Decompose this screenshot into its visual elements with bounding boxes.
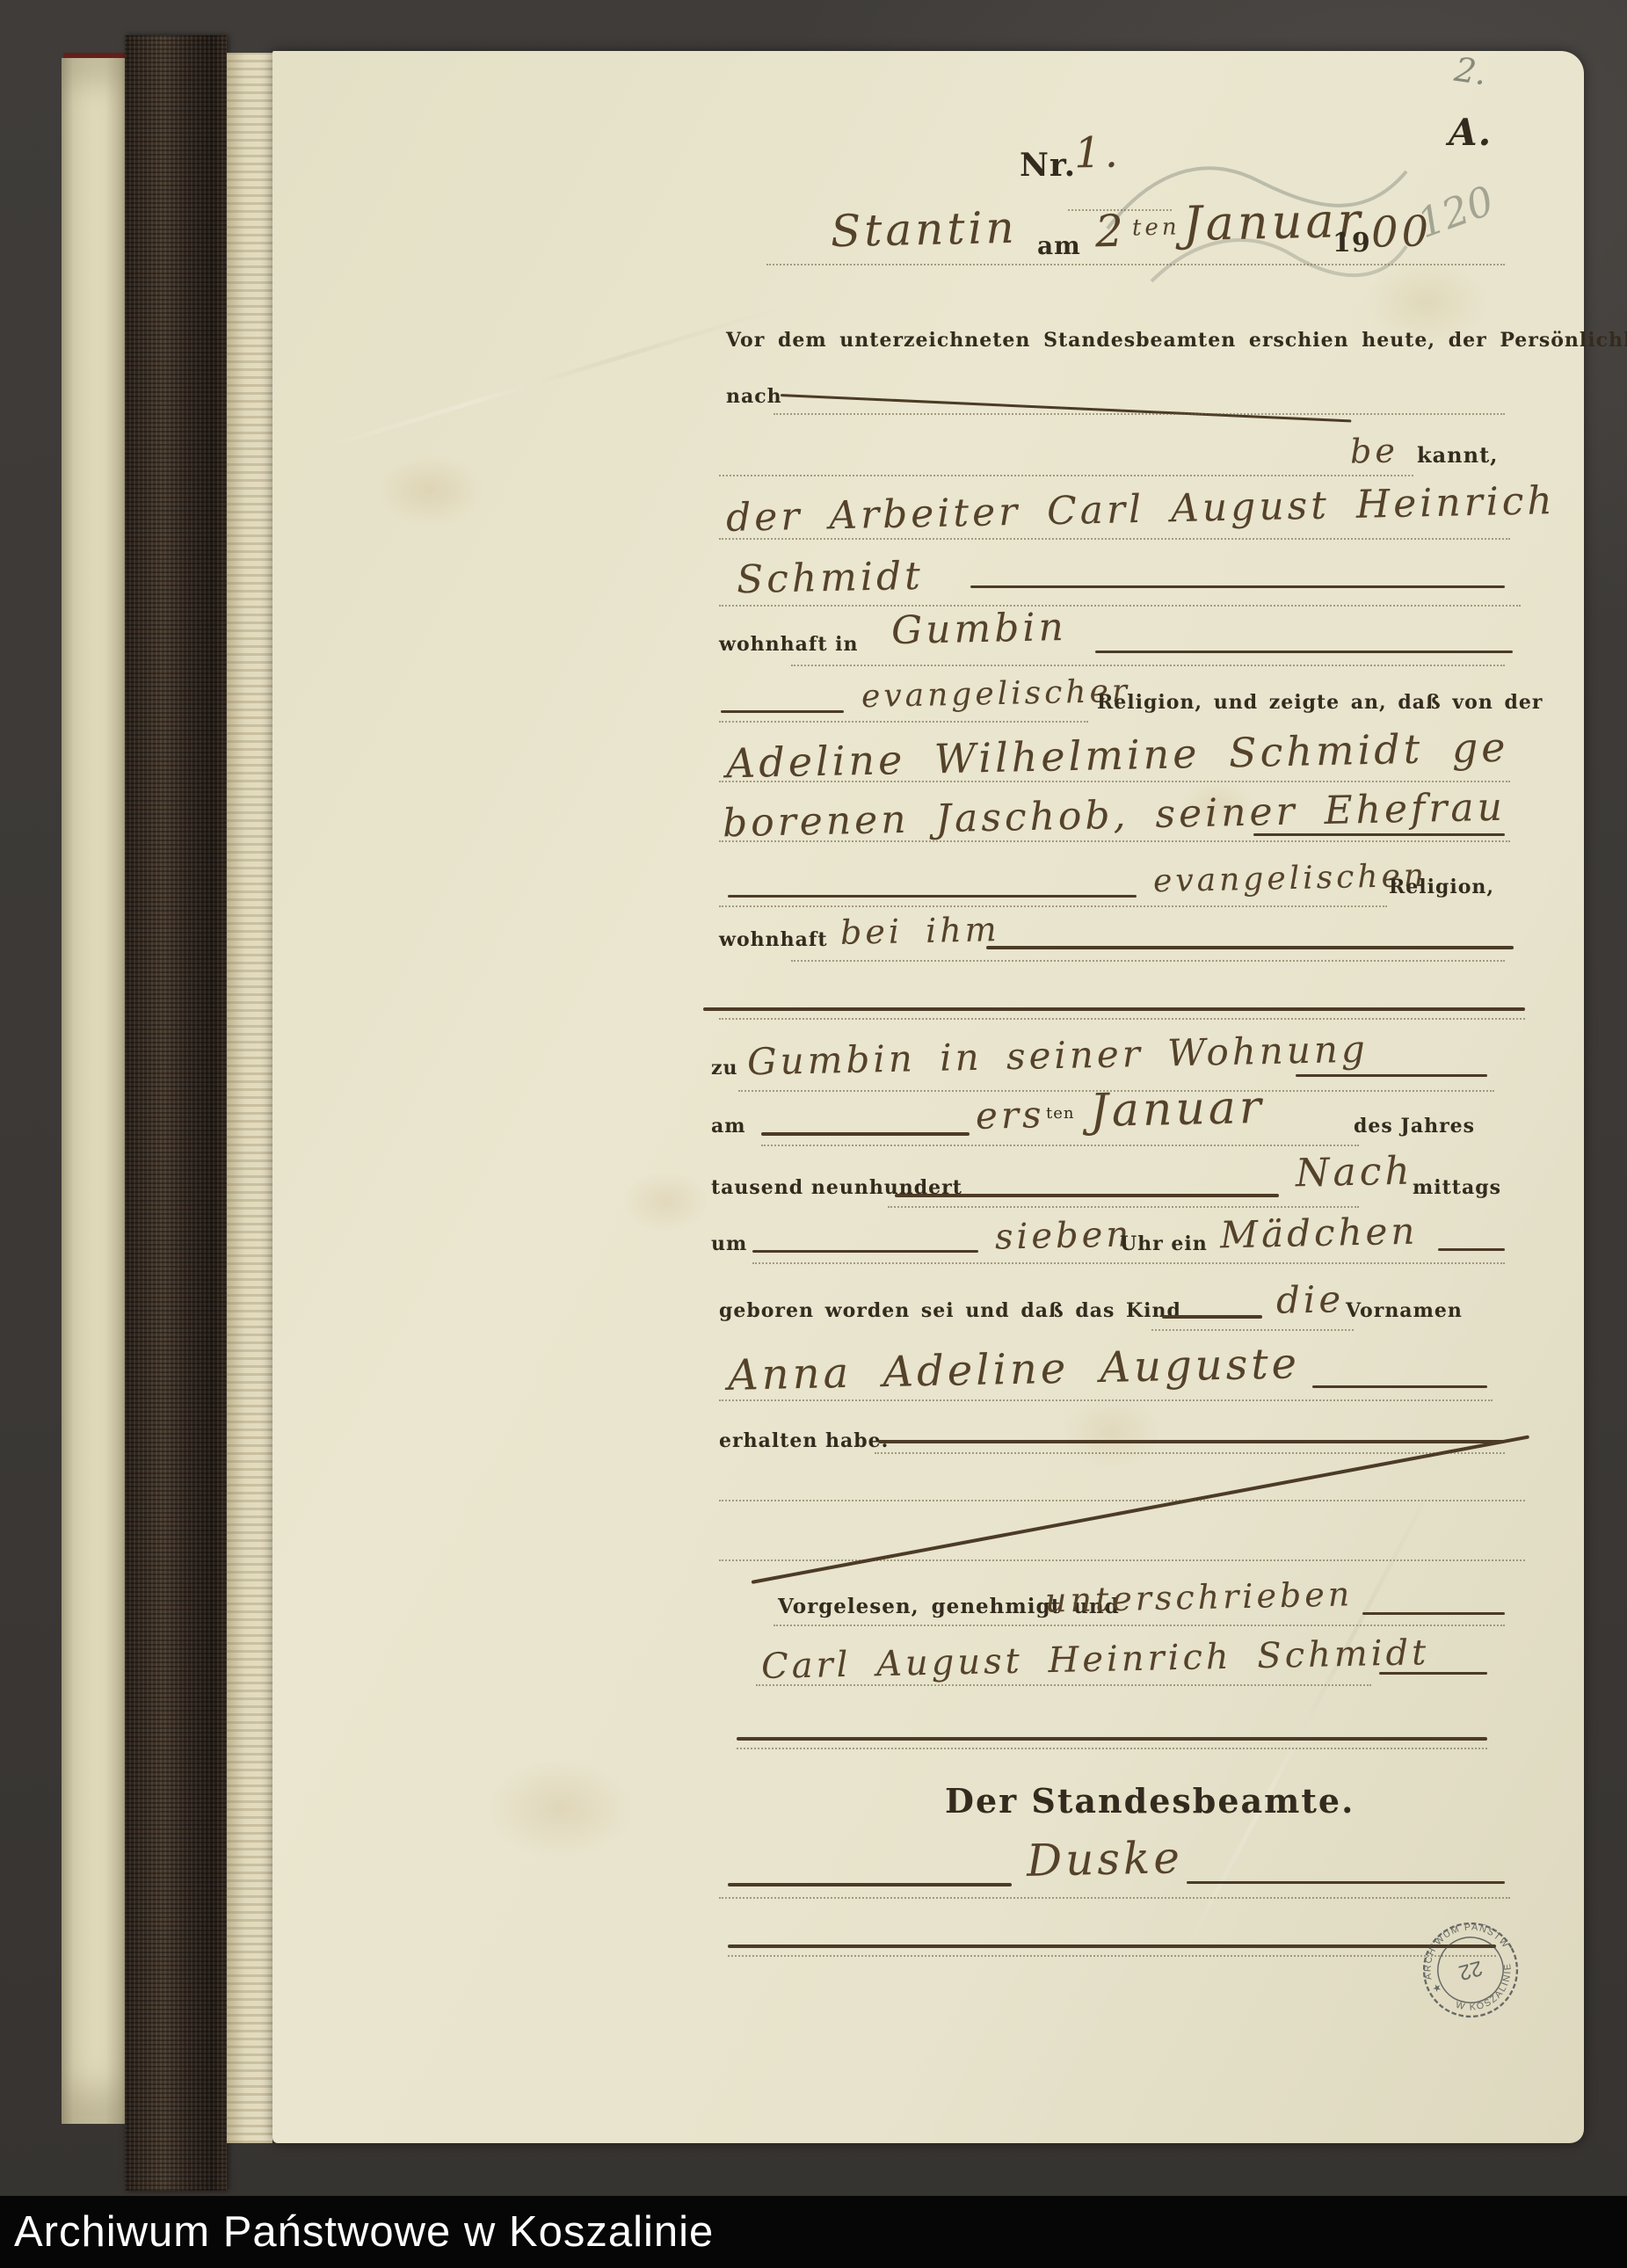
section-rule [703, 1007, 1525, 1011]
ink-stroke [721, 710, 844, 713]
child-names-written: Anna Adeline Auguste [728, 1342, 1301, 1397]
dotted-line [719, 1897, 1510, 1899]
dotted-line [719, 721, 1088, 723]
dotted-line [719, 475, 1413, 476]
ink-stroke [1162, 1315, 1262, 1319]
dotted-line [719, 1500, 1525, 1501]
birthdate-month-written: Januar [1089, 1085, 1265, 1134]
daypart-written: Nach [1296, 1152, 1414, 1194]
die-written: die [1276, 1281, 1345, 1319]
dotted-line [719, 840, 1510, 842]
closing-written: unterschrieben [1045, 1577, 1354, 1617]
dotted-line [719, 1018, 1525, 1020]
dotted-line [875, 1452, 1505, 1454]
day-suffix: ten [1132, 215, 1180, 239]
vornamen-label: Vornamen [1346, 1301, 1463, 1320]
year-printed: 19 [1333, 230, 1371, 257]
ink-stroke [878, 1440, 1505, 1443]
dotted-line [719, 605, 1521, 607]
nr-value: 1. [1074, 131, 1122, 174]
ink-stroke [1187, 1881, 1505, 1884]
dotted-line [719, 1559, 1525, 1561]
dotted-line [719, 905, 1387, 907]
pencil-corner-number: 2. [1453, 53, 1489, 91]
am-label: am [1037, 234, 1081, 258]
dotted-line [774, 413, 1505, 415]
place-value: Stantin [830, 206, 1018, 253]
residence-value: Gumbin [891, 608, 1068, 651]
des-jahres-label: des Jahres [1354, 1116, 1475, 1136]
dotted-line [774, 1625, 1505, 1626]
nr-label: Nr. [1020, 149, 1076, 181]
birthplace-label: zu [711, 1058, 738, 1078]
residence-label: wohnhaft in [719, 635, 859, 654]
child-sex-written: Mädchen [1220, 1213, 1419, 1254]
ink-stroke [1095, 651, 1513, 653]
page-edges [227, 53, 272, 2143]
ink-stroke [728, 895, 1137, 898]
ink-stroke [1379, 1672, 1487, 1675]
document-photo: 2. A. 120 Nr. 1. Stantin am 2 ten Januar… [0, 0, 1627, 2268]
nach-label: nach [726, 387, 782, 406]
archive-caption-bar: Archiwum Państwowe w Koszalinie [0, 2196, 1627, 2268]
dotted-line [791, 665, 1505, 666]
religion1-printed: Religion, und zeigte an, daß von der [1097, 693, 1543, 712]
book-spine-cloth [125, 35, 227, 2191]
dotted-line [888, 1206, 1359, 1208]
dotted-line [719, 1399, 1493, 1401]
ink-stroke [1253, 833, 1505, 836]
dotted-line [752, 1262, 1505, 1264]
stamp-star-icon: ★ [1430, 1981, 1443, 1995]
dotted-line [737, 1748, 1487, 1749]
intro-text: Vor dem unterzeichneten Standesbeamten e… [726, 331, 1627, 350]
declarant-line2: Schmidt [737, 557, 925, 600]
ink-stroke [1312, 1385, 1487, 1388]
religion2-printed: Religion, [1389, 877, 1494, 897]
ink-stroke [1296, 1074, 1487, 1077]
dotted-line [791, 960, 1505, 962]
ink-stroke [752, 1250, 978, 1253]
birthdate-am-label: am [711, 1116, 746, 1136]
dotted-line [719, 781, 1510, 782]
day-value: 2 [1094, 209, 1127, 254]
form-letter-a: A. [1449, 114, 1492, 151]
year-written: 00 [1371, 210, 1433, 253]
ink-stroke [761, 1132, 970, 1136]
religion2-written: evangelischen [1153, 861, 1428, 898]
ink-stroke [895, 1194, 1279, 1197]
dotted-line [756, 1684, 1371, 1686]
bekannt-printed: kannt, [1417, 445, 1499, 466]
dotted-line [766, 264, 1505, 265]
um-label: um [711, 1234, 747, 1254]
residence2-written: bei ihm [840, 912, 1000, 949]
religion1-written: evangelischer [861, 676, 1131, 713]
dotted-line [761, 1145, 1359, 1146]
stamp-number: 22 [1456, 1956, 1485, 1985]
registrar-label: Der Standesbeamte. [945, 1785, 1355, 1818]
erhalten-label: erhalten habe. [719, 1431, 889, 1450]
dotted-line [719, 538, 1510, 540]
birthdate-day-suffix: ten [1046, 1106, 1074, 1122]
hour-written: sieben [995, 1217, 1133, 1254]
ink-stroke [1362, 1612, 1505, 1615]
ink-stroke [1438, 1248, 1505, 1251]
naming-printed1: geboren worden sei und daß das Kind [719, 1301, 1181, 1320]
dotted-line [728, 1955, 1496, 1957]
uhr-ein-label: Uhr ein [1120, 1234, 1208, 1254]
registry-page [272, 51, 1584, 2143]
flyleaf-page-edge [62, 58, 125, 2124]
section-rule [728, 1945, 1496, 1948]
bekannt-written: be [1350, 433, 1399, 468]
section-rule [737, 1737, 1487, 1741]
ink-stroke [728, 1883, 1012, 1886]
mittags-label: mittags [1413, 1178, 1501, 1197]
ink-stroke [970, 585, 1505, 588]
archive-caption-text: Archiwum Państwowe w Koszalinie [14, 2207, 714, 2257]
dotted-line [1151, 1329, 1354, 1331]
registrar-signature: Duske [1026, 1835, 1183, 1883]
birthdate-day-written: ers [976, 1096, 1045, 1135]
ink-stroke [986, 946, 1514, 949]
residence2-label: wohnhaft [719, 930, 827, 949]
